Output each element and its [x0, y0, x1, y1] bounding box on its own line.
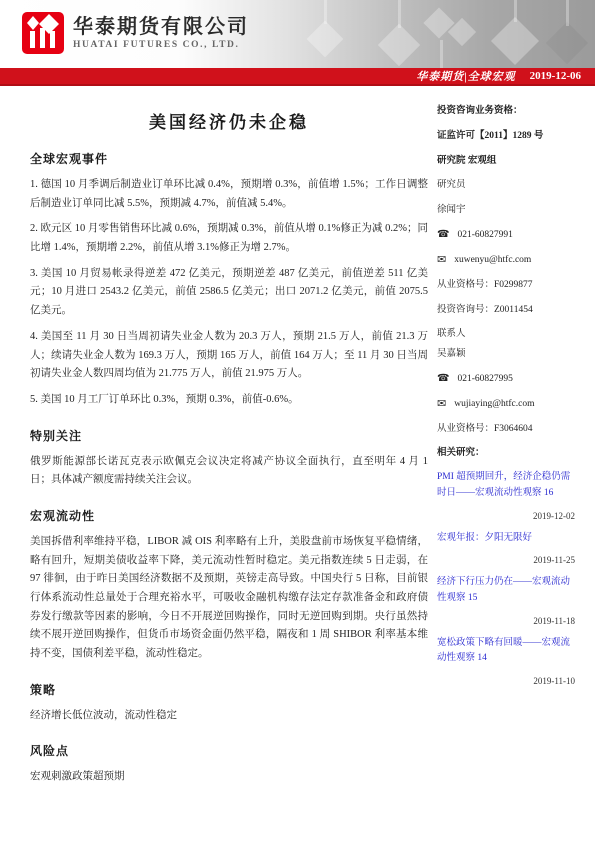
researcher-label: 研究员	[437, 179, 575, 192]
band-brand-label: 华泰期货|全球宏观	[416, 68, 515, 84]
related-research-item: 宏观年报：夕阳无限好 2019-11-25	[437, 531, 575, 566]
researcher-advisory-number: 投资咨询号：Z0011454	[437, 304, 575, 317]
decor-stem	[566, 0, 569, 26]
related-research-date: 2019-11-25	[437, 555, 575, 565]
company-logo: 华泰期货有限公司 HUATAI FUTURES CO., LTD.	[22, 12, 249, 54]
category-band: 华泰期货|全球宏观 2019-12-06	[0, 68, 595, 86]
section-heading-macro-events: 全球宏观事件	[30, 150, 428, 167]
decor-diamond	[307, 21, 344, 58]
macro-event-item: 1. 德国 10 月季调后制造业订单环比减 0.4%，预期增 0.3%，前值增 …	[30, 176, 428, 213]
related-research-title: 相关研究：	[437, 447, 575, 460]
researcher-email-row: ✉ xuwenyu@htfc.com	[437, 254, 575, 267]
company-name-en: HUATAI FUTURES CO., LTD.	[73, 40, 249, 50]
risk-text: 宏观刺激政策超预期	[30, 768, 428, 787]
band-date: 2019-12-06	[530, 70, 581, 82]
related-research-item: 宽松政策下略有回暖——宏观流动性观察 14 2019-11-10	[437, 636, 575, 686]
email-icon: ✉	[437, 255, 446, 266]
page-header: 华泰期货有限公司 HUATAI FUTURES CO., LTD.	[0, 0, 595, 68]
researcher-phone-row: ☎ 021-60827991	[437, 229, 575, 242]
decor-stem	[514, 0, 517, 22]
researcher-email[interactable]: xuwenyu@htfc.com	[454, 254, 531, 267]
institute-group: 研究院 宏观组	[437, 155, 575, 168]
qualification-title: 投资咨询业务资格：	[437, 105, 575, 118]
liquidity-text: 美国拆借利率维持平稳，LIBOR 减 OIS 利率略有上升，美股盘前市场恢复平稳…	[30, 533, 428, 664]
strategy-text: 经济增长低位波动，流动性稳定	[30, 707, 428, 726]
contact-phone-row: ☎ 021-60827995	[437, 373, 575, 386]
decor-stem	[398, 0, 401, 28]
macro-event-item: 2. 欧元区 10 月零售销售环比减 0.6%，预期减 0.3%，前值从增 0.…	[30, 220, 428, 257]
contact-name: 吴嘉颖	[437, 348, 575, 361]
related-research-link[interactable]: 宽松政策下略有回暖——宏观流动性观察 14	[437, 636, 575, 667]
contact-phone: 021-60827995	[457, 373, 512, 386]
content: 美国经济仍未企稳 全球宏观事件 1. 德国 10 月季调后制造业订单环比减 0.…	[0, 86, 595, 794]
huatai-logo-icon	[22, 12, 64, 54]
qualification-number: 证监许可【2011】1289 号	[437, 130, 575, 143]
related-research-item: PMI 超预期回升，经济企稳仍需时日——宏观流动性观察 16 2019-12-0…	[437, 470, 575, 520]
contact-email-row: ✉ wujiaying@htfc.com	[437, 398, 575, 411]
section-heading-strategy: 策略	[30, 681, 428, 698]
researcher-phone: 021-60827991	[457, 229, 512, 242]
section-heading-risks: 风险点	[30, 742, 428, 759]
related-research-link[interactable]: PMI 超预期回升，经济企稳仍需时日——宏观流动性观察 16	[437, 470, 575, 501]
related-research-link[interactable]: 经济下行压力仍在——宏观流动性观察 15	[437, 575, 575, 606]
related-research-date: 2019-11-10	[437, 676, 575, 686]
email-icon: ✉	[437, 399, 446, 410]
decor-stem	[324, 0, 327, 24]
contact-label: 联系人	[437, 328, 575, 341]
researcher-name: 徐闻宇	[437, 204, 575, 217]
related-research-link[interactable]: 宏观年报：夕阳无限好	[437, 531, 575, 547]
main-column: 美国经济仍未企稳 全球宏观事件 1. 德国 10 月季调后制造业订单环比减 0.…	[30, 86, 428, 794]
researcher-cert-number: 从业资格号：F0299877	[437, 279, 575, 292]
sidebar-column: 投资咨询业务资格： 证监许可【2011】1289 号 研究院 宏观组 研究员 徐…	[437, 86, 575, 794]
contact-cert-number: 从业资格号：F3064604	[437, 423, 575, 436]
section-heading-special-focus: 特别关注	[30, 427, 428, 444]
related-research-item: 经济下行压力仍在——宏观流动性观察 15 2019-11-18	[437, 575, 575, 625]
decor-diamond	[378, 24, 420, 66]
related-research-date: 2019-11-18	[437, 616, 575, 626]
macro-event-item: 4. 美国至 11 月 30 日当周初请失业金人数为 20.3 万人，预期 21…	[30, 328, 428, 384]
decor-stem	[440, 40, 443, 68]
macro-event-item: 3. 美国 10 月贸易帐录得逆差 472 亿美元，预期逆差 487 亿美元，前…	[30, 265, 428, 321]
company-name-cn: 华泰期货有限公司	[73, 17, 249, 38]
decor-diamond	[546, 22, 588, 64]
phone-icon: ☎	[437, 230, 449, 240]
report-page: 华泰期货有限公司 HUATAI FUTURES CO., LTD. 华泰期货|全…	[0, 0, 595, 842]
report-title: 美国经济仍未企稳	[30, 108, 428, 133]
related-research-date: 2019-12-02	[437, 511, 575, 521]
macro-event-item: 5. 美国 10 月工厂订单环比 0.3%，预期 0.3%，前值-0.6%。	[30, 391, 428, 410]
section-heading-liquidity: 宏观流动性	[30, 507, 428, 524]
special-focus-text: 俄罗斯能源部长诺瓦克表示欧佩克会议决定将减产协议全面执行，直至明年 4 月 1 …	[30, 453, 428, 490]
contact-email[interactable]: wujiaying@htfc.com	[454, 398, 534, 411]
decor-diamond	[491, 17, 539, 65]
phone-icon: ☎	[437, 374, 449, 384]
